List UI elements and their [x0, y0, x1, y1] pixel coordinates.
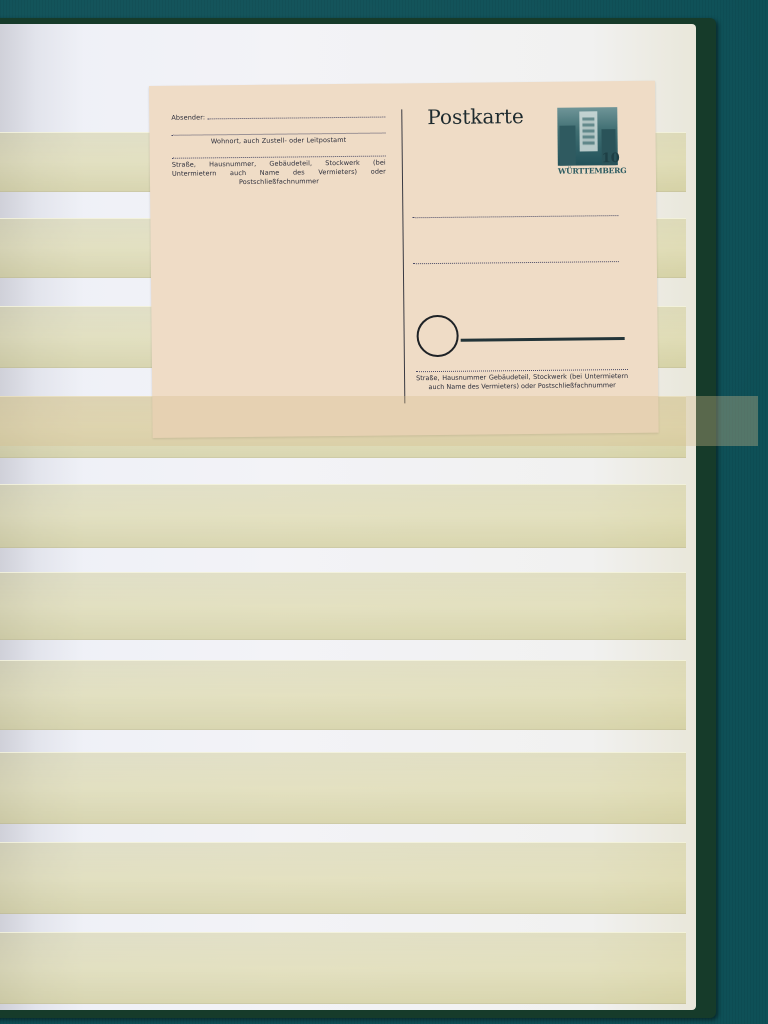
sender-hint-town: Wohnort, auch Zustell- oder Leitpostamt	[172, 136, 386, 146]
address-hint-text: Straße, Hausnummer Gebäudeteil, Stockwer…	[416, 372, 628, 392]
stock-strip	[0, 932, 686, 1004]
sender-line	[207, 117, 385, 120]
stock-strip	[0, 484, 686, 548]
stock-strip	[0, 842, 686, 914]
stock-strip	[0, 660, 686, 730]
stamp-value: 10	[602, 151, 620, 166]
sender-hint-street: Straße, Hausnummer, Gebäudeteil, Stockwe…	[172, 159, 386, 188]
sender-block: Absender: Wohnort, auch Zustell- oder Le…	[171, 112, 386, 188]
postcard[interactable]: Absender: Wohnort, auch Zustell- oder Le…	[149, 81, 659, 438]
sender-label: Absender:	[171, 113, 205, 121]
card-divider	[401, 109, 405, 403]
card-title: Postkarte	[427, 104, 524, 129]
stock-strip	[0, 572, 686, 640]
stamp-country: WÜRTTEMBERG	[558, 166, 620, 176]
stock-strip	[0, 752, 686, 824]
postcode-circle	[416, 315, 458, 357]
address-line	[413, 261, 619, 264]
castle-tower-stamp-icon: 10 WÜRTTEMBERG	[557, 107, 620, 180]
front-stock-strip	[0, 396, 758, 446]
address-line	[412, 215, 618, 218]
address-hint: Straße, Hausnummer Gebäudeteil, Stockwer…	[416, 369, 628, 392]
city-line	[461, 337, 625, 342]
